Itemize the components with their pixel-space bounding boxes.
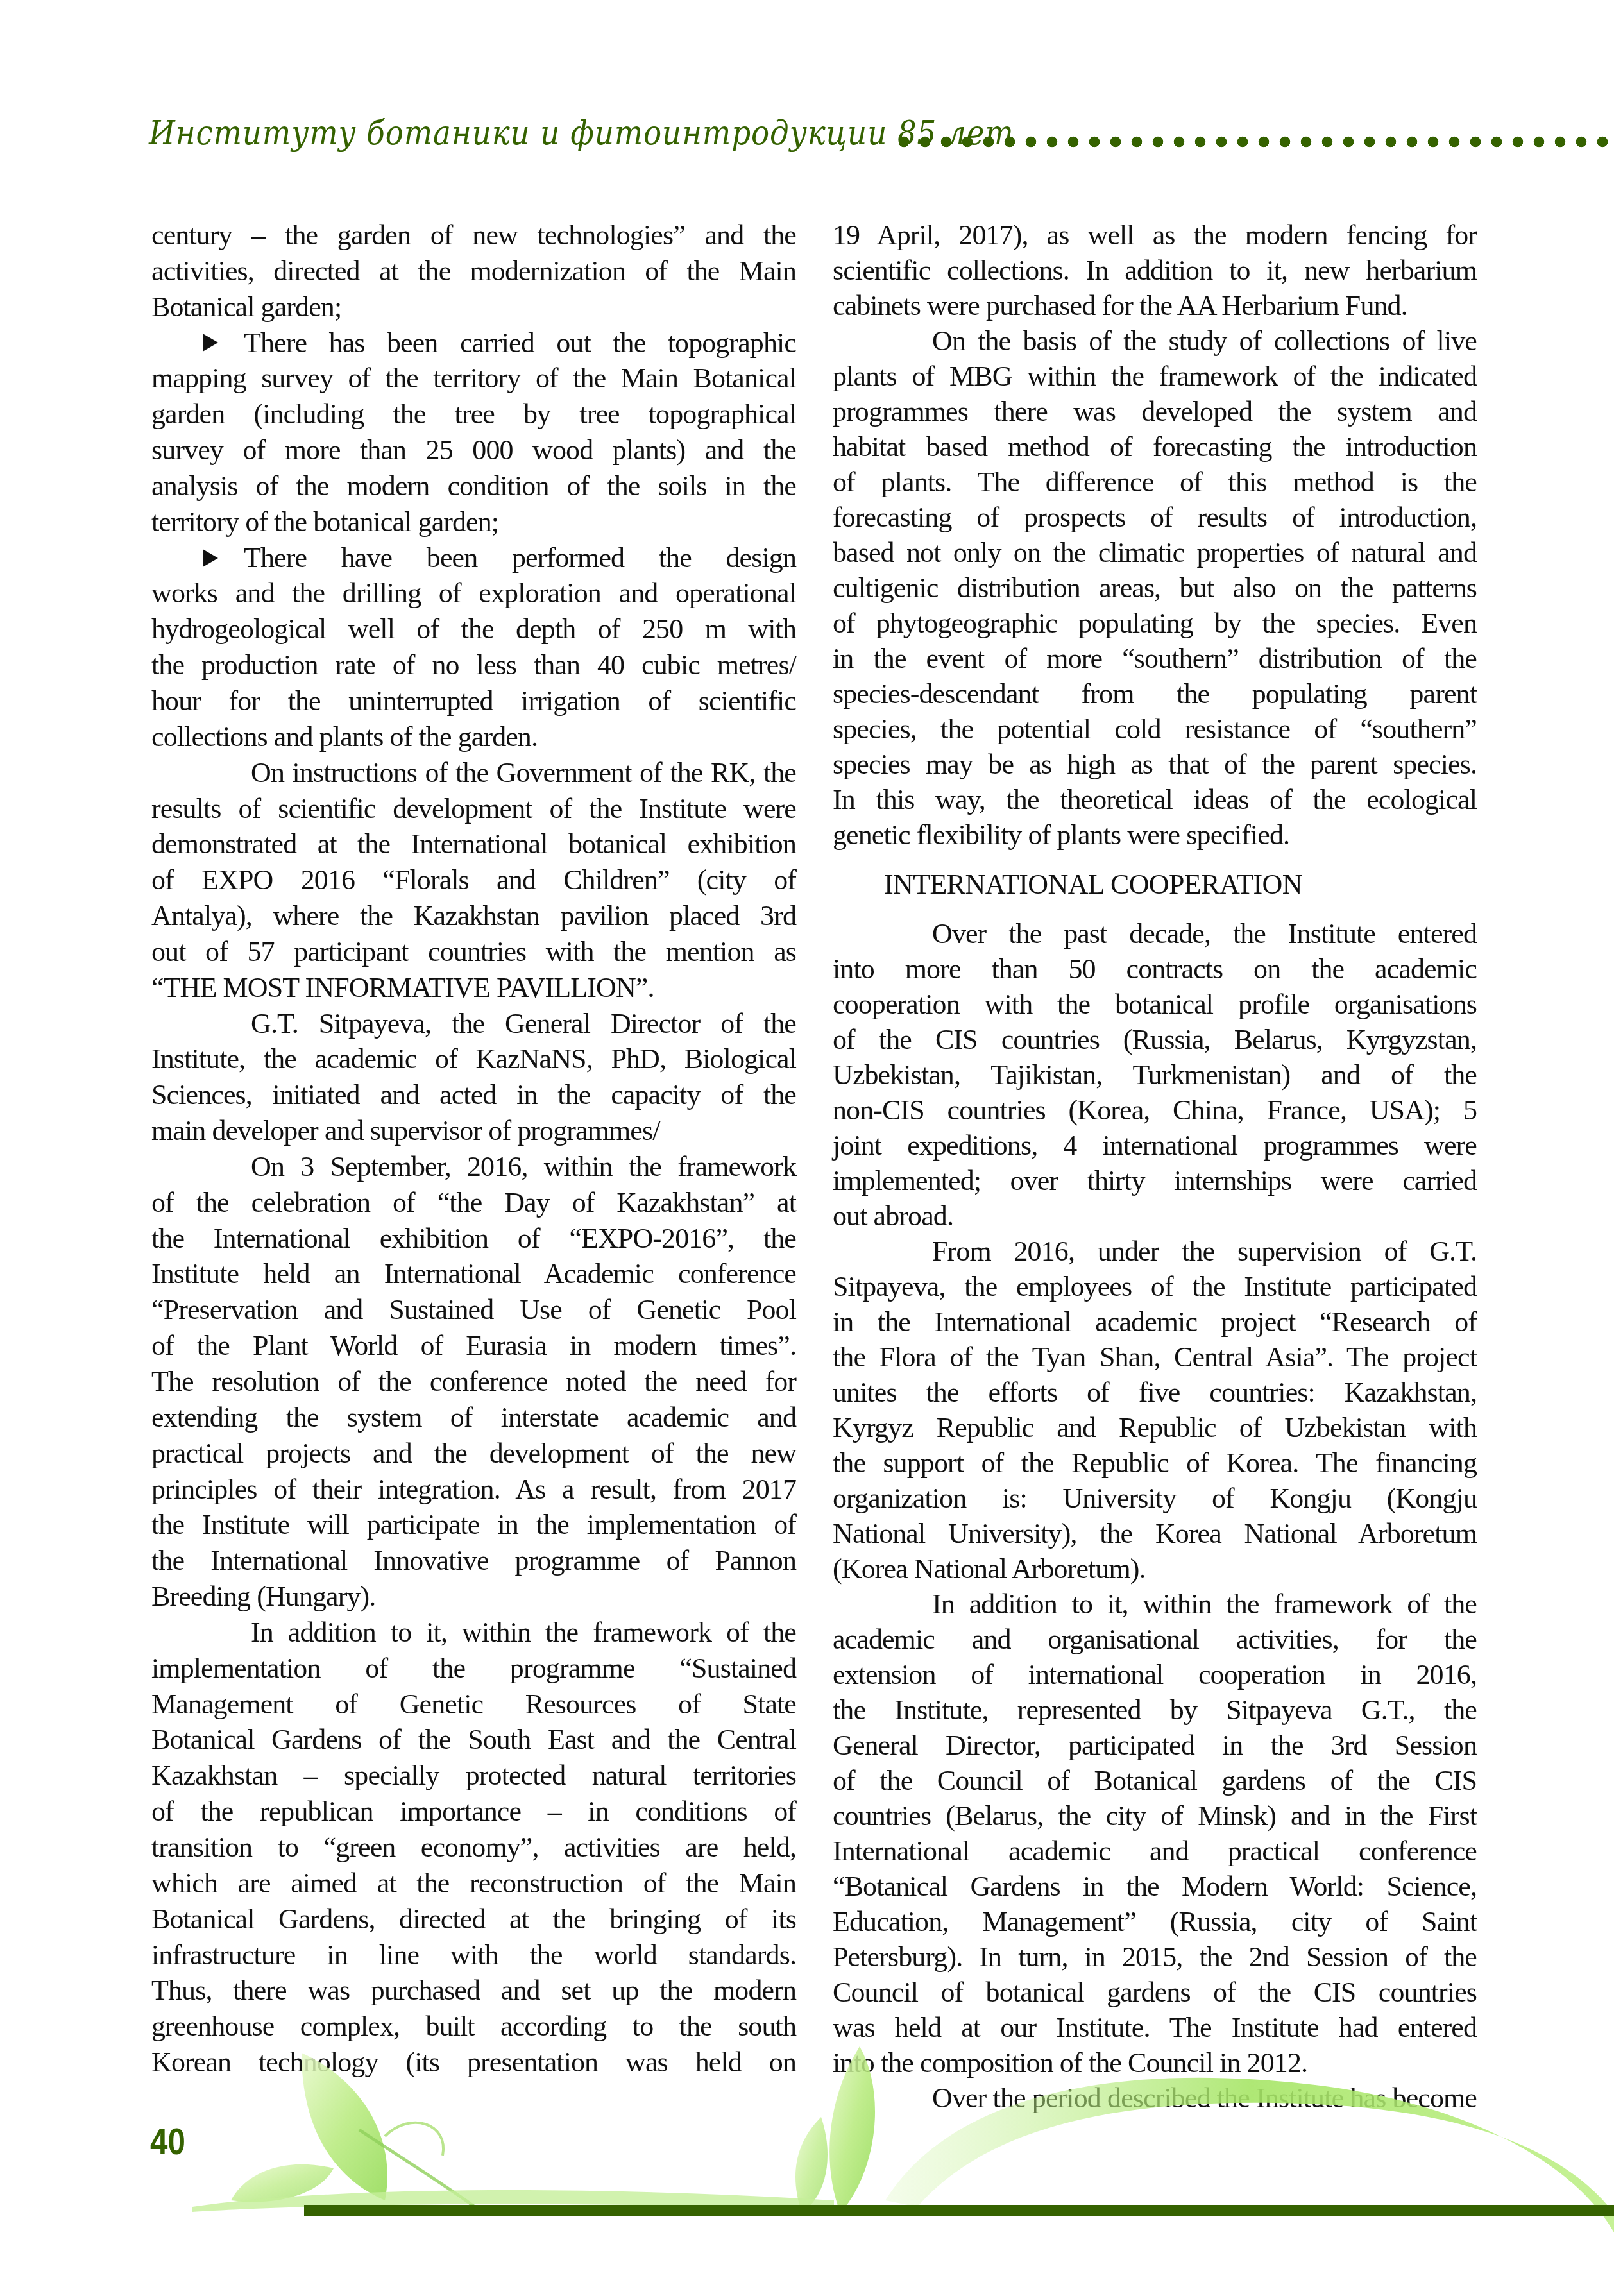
text-line: Over the period described the Institute …: [833, 2080, 1477, 2116]
text-line: (Korea National Arboretum).: [833, 1551, 1477, 1586]
section-heading: INTERNATIONAL COOPERATION: [833, 867, 1477, 902]
text-line: Kazakhstan – specially protected natural…: [151, 1758, 796, 1794]
text-line: joint expeditions, 4 international progr…: [833, 1128, 1477, 1163]
text-line: Education, Management” (Russia, city of …: [833, 1904, 1477, 1939]
text-line: From 2016, under the supervision of G.T.: [833, 1234, 1477, 1269]
text-line: On the basis of the study of collections…: [833, 323, 1477, 359]
triangle-bullet-icon: [203, 549, 218, 567]
text-line: Botanical Gardens of the South East and …: [151, 1722, 796, 1758]
text-line: species may be as high as that of the pa…: [833, 747, 1477, 782]
text-line: Sciences, initiated and acted in the cap…: [151, 1077, 796, 1113]
text-line: In this way, the theoretical ideas of th…: [833, 782, 1477, 817]
text-line: extending the system of interstate acade…: [151, 1400, 796, 1436]
text-line: the International exhibition of “EXPO-20…: [151, 1221, 796, 1257]
text-line: of the celebration of “the Day of Kazakh…: [151, 1185, 796, 1221]
text-line: activities, directed at the modernizatio…: [151, 253, 796, 289]
text-line: collections and plants of the garden.: [151, 719, 796, 755]
bullet-item: There have been performed the designwork…: [151, 540, 796, 755]
text-line: the Institute, represented by Sitpayeva …: [833, 1692, 1477, 1728]
text-line: Uzbekistan, Tajikistan, Turkmenistan) an…: [833, 1057, 1477, 1093]
text-line: In addition to it, within the framework …: [833, 1586, 1477, 1622]
text-line: genetic flexibility of plants were speci…: [833, 817, 1477, 853]
text-line: Breeding (Hungary).: [151, 1579, 796, 1615]
text-line: the production rate of no less than 40 c…: [151, 647, 796, 683]
text-line: main developer and supervisor of program…: [151, 1113, 796, 1149]
text-line: the Flora of the Tyan Shan, Central Asia…: [833, 1339, 1477, 1375]
text-line: habitat based method of forecasting the …: [833, 429, 1477, 464]
running-header-title: Институту ботаники и фитоинтродукции 85 …: [149, 114, 1014, 153]
text-line: results of scientific development of the…: [151, 791, 796, 827]
text-line: National University), the Korea National…: [833, 1516, 1477, 1551]
text-line: There has been carried out the topograph…: [151, 325, 796, 361]
bullet-item: There has been carried out the topograph…: [151, 325, 796, 540]
text-line: Sitpayeva, the employees of the Institut…: [833, 1269, 1477, 1304]
paragraph: In addition to it, within the framework …: [151, 1615, 796, 2080]
text-line: “THE MOST INFORMATIVE PAVILLION”.: [151, 970, 796, 1006]
text-line: Thus, there was purchased and set up the…: [151, 1973, 796, 2009]
text-line: Management of Genetic Resources of State: [151, 1687, 796, 1722]
footer-rule: [304, 2205, 1614, 2216]
text-line: in the event of more “southern” distribu…: [833, 641, 1477, 676]
text-line: International academic and practical con…: [833, 1833, 1477, 1869]
text-line: plants of MBG within the framework of th…: [833, 359, 1477, 394]
text-line: Korean technology (its presentation was …: [151, 2045, 796, 2080]
text-line: of the republican importance – in condit…: [151, 1794, 796, 1830]
text-line: into more than 50 contracts on the acade…: [833, 951, 1477, 987]
text-line: into the composition of the Council in 2…: [833, 2045, 1477, 2080]
text-line: The resolution of the conference noted t…: [151, 1364, 796, 1400]
text-line-content: There have been performed the design: [244, 540, 796, 576]
paragraph: Over the period described the Institute …: [833, 2080, 1477, 2116]
text-line: Kyrgyz Republic and Republic of Uzbekist…: [833, 1410, 1477, 1445]
text-line: of plants. The difference of this method…: [833, 464, 1477, 500]
text-line: cooperation with the botanical profile o…: [833, 987, 1477, 1022]
text-line: out abroad.: [833, 1198, 1477, 1234]
text-line: mapping survey of the territory of the M…: [151, 361, 796, 396]
text-line: species, the potential cold resistance o…: [833, 711, 1477, 747]
text-line: demonstrated at the International botani…: [151, 826, 796, 862]
text-line: On 3 September, 2016, within the framewo…: [151, 1149, 796, 1185]
text-line: practical projects and the development o…: [151, 1436, 796, 1472]
text-line: academic and organisational activities, …: [833, 1622, 1477, 1657]
text-line: based not only on the climatic propertie…: [833, 535, 1477, 570]
text-line: extension of international cooperation i…: [833, 1657, 1477, 1692]
text-line: “Botanical Gardens in the Modern World: …: [833, 1869, 1477, 1904]
text-line: Institute held an International Academic…: [151, 1256, 796, 1292]
right-text-column: 19 April, 2017), as well as the modern f…: [833, 217, 1477, 2116]
text-line: the International Innovative programme o…: [151, 1543, 796, 1579]
text-line: G.T. Sitpayeva, the General Director of …: [151, 1006, 796, 1042]
dot-leader-decoration: [898, 136, 1614, 148]
text-line: of phytogeographic populating by the spe…: [833, 606, 1477, 641]
text-line: Council of botanical gardens of the CIS …: [833, 1975, 1477, 2010]
text-line: Petersburg). In turn, in 2015, the 2nd S…: [833, 1939, 1477, 1975]
text-line: In addition to it, within the framework …: [151, 1615, 796, 1651]
text-line: implementation of the programme “Sustain…: [151, 1651, 796, 1687]
text-line: hydrogeological well of the depth of 250…: [151, 611, 796, 647]
text-line: of the CIS countries (Russia, Belarus, K…: [833, 1022, 1477, 1057]
text-line: which are aimed at the reconstruction of…: [151, 1866, 796, 1901]
paragraph: On 3 September, 2016, within the framewo…: [151, 1149, 796, 1615]
text-line: the Institute will participate in the im…: [151, 1507, 796, 1543]
text-line: principles of their integration. As a re…: [151, 1472, 796, 1508]
text-line: “Preservation and Sustained Use of Genet…: [151, 1292, 796, 1328]
paragraph: On instructions of the Government of the…: [151, 755, 796, 1006]
text-line: transition to “green economy”, activitie…: [151, 1830, 796, 1866]
paragraph: G.T. Sitpayeva, the General Director of …: [151, 1006, 796, 1149]
text-line: countries (Belarus, the city of Minsk) a…: [833, 1798, 1477, 1833]
text-line-content: There has been carried out the topograph…: [244, 325, 796, 361]
text-line: was held at our Institute. The Institute…: [833, 2010, 1477, 2045]
text-line: greenhouse complex, built according to t…: [151, 2009, 796, 2045]
text-line: of the Council of Botanical gardens of t…: [833, 1763, 1477, 1798]
text-line: out of 57 participant countries with the…: [151, 934, 796, 970]
text-line: Antalya), where the Kazakhstan pavilion …: [151, 898, 796, 934]
text-line: scientific collections. In addition to i…: [833, 253, 1477, 288]
text-line: century – the garden of new technologies…: [151, 217, 796, 253]
text-line: of the Plant World of Eurasia in modern …: [151, 1328, 796, 1364]
paragraph: Over the past decade, the Institute ente…: [833, 916, 1477, 1234]
page-number: 40: [150, 2120, 185, 2163]
text-line: works and the drilling of exploration an…: [151, 575, 796, 611]
text-line: On instructions of the Government of the…: [151, 755, 796, 791]
paragraph: In addition to it, within the framework …: [833, 1586, 1477, 2080]
paragraph: On the basis of the study of collections…: [833, 323, 1477, 853]
text-line: analysis of the modern condition of the …: [151, 468, 796, 504]
text-line: infrastructure in line with the world st…: [151, 1937, 796, 1973]
text-line: General Director, participated in the 3r…: [833, 1728, 1477, 1763]
text-line: territory of the botanical garden;: [151, 504, 796, 540]
running-header: Институту ботаники и фитоинтродукции 85 …: [149, 109, 1614, 173]
text-line: implemented; over thirty internships wer…: [833, 1163, 1477, 1198]
text-line: garden (including the tree by tree topog…: [151, 396, 796, 432]
text-line: There have been performed the design: [151, 540, 796, 576]
text-line: the support of the Republic of Korea. Th…: [833, 1445, 1477, 1481]
text-line: in the International academic project “R…: [833, 1304, 1477, 1339]
text-line: cultigenic distribution areas, but also …: [833, 570, 1477, 606]
triangle-bullet-icon: [203, 334, 218, 352]
text-line: survey of more than 25 000 wood plants) …: [151, 432, 796, 468]
paragraph: 19 April, 2017), as well as the modern f…: [833, 217, 1477, 323]
text-line: Botanical garden;: [151, 289, 796, 325]
text-line: hour for the uninterrupted irrigation of…: [151, 683, 796, 719]
text-line: species-descendant from the populating p…: [833, 676, 1477, 711]
text-line: Over the past decade, the Institute ente…: [833, 916, 1477, 951]
text-line: Botanical Gardens, directed at the bring…: [151, 1901, 796, 1937]
text-line: forecasting of prospects of results of i…: [833, 500, 1477, 535]
text-line: unites the efforts of five countries: Ka…: [833, 1375, 1477, 1410]
left-text-column: century – the garden of new technologies…: [151, 217, 796, 2080]
text-line: cabinets were purchased for the AA Herba…: [833, 288, 1477, 323]
text-line: programmes there was developed the syste…: [833, 394, 1477, 429]
text-line: 19 April, 2017), as well as the modern f…: [833, 217, 1477, 253]
text-line: of EXPO 2016 “Florals and Children” (cit…: [151, 862, 796, 898]
paragraph: From 2016, under the supervision of G.T.…: [833, 1234, 1477, 1586]
text-line: Institute, the academic of KazNaNS, PhD,…: [151, 1041, 796, 1077]
paragraph: century – the garden of new technologies…: [151, 217, 796, 325]
text-line: non-CIS countries (Korea, China, France,…: [833, 1093, 1477, 1128]
text-line: organization is: University of Kongju (K…: [833, 1481, 1477, 1516]
